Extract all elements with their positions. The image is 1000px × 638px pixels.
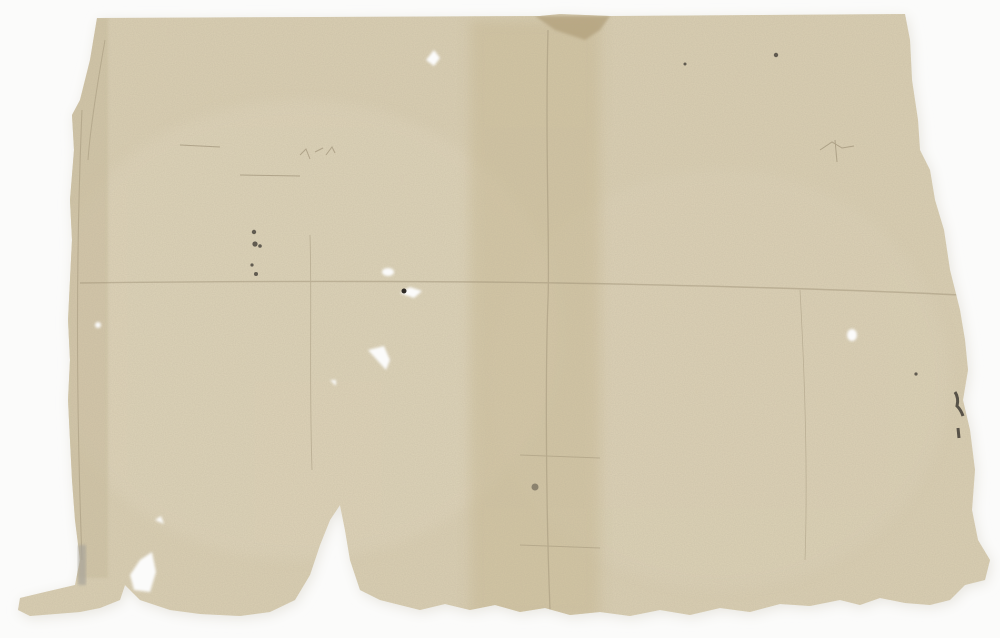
paper-fragment-image (0, 0, 1000, 638)
ink-speck (402, 289, 407, 294)
photo-stage (0, 0, 1000, 638)
edge-smudge (78, 545, 86, 585)
paper-sheet (0, 0, 1000, 638)
